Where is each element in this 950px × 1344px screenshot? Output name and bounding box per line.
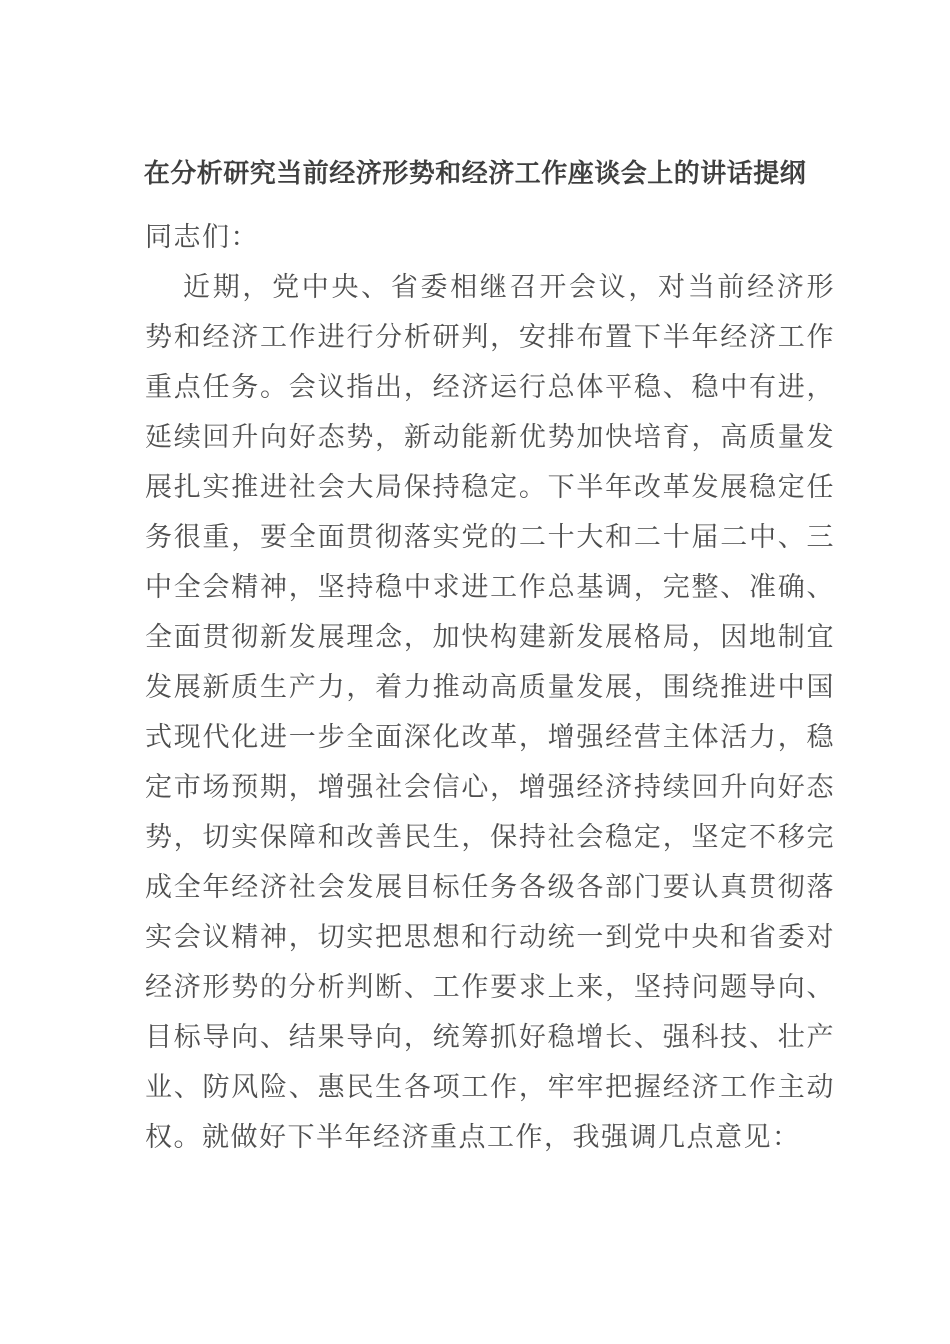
salutation-line: 同志们：: [145, 212, 835, 262]
document-title: 在分析研究当前经济形势和经济工作座谈会上的讲话提纲: [0, 149, 950, 199]
document-body: 同志们： 近期，党中央、省委相继召开会议，对当前经济形势和经济工作进行分析研判，…: [145, 212, 835, 1162]
document-page: 在分析研究当前经济形势和经济工作座谈会上的讲话提纲 同志们： 近期，党中央、省委…: [0, 0, 950, 1344]
body-paragraph: 近期，党中央、省委相继召开会议，对当前经济形势和经济工作进行分析研判，安排布置下…: [145, 262, 835, 1162]
